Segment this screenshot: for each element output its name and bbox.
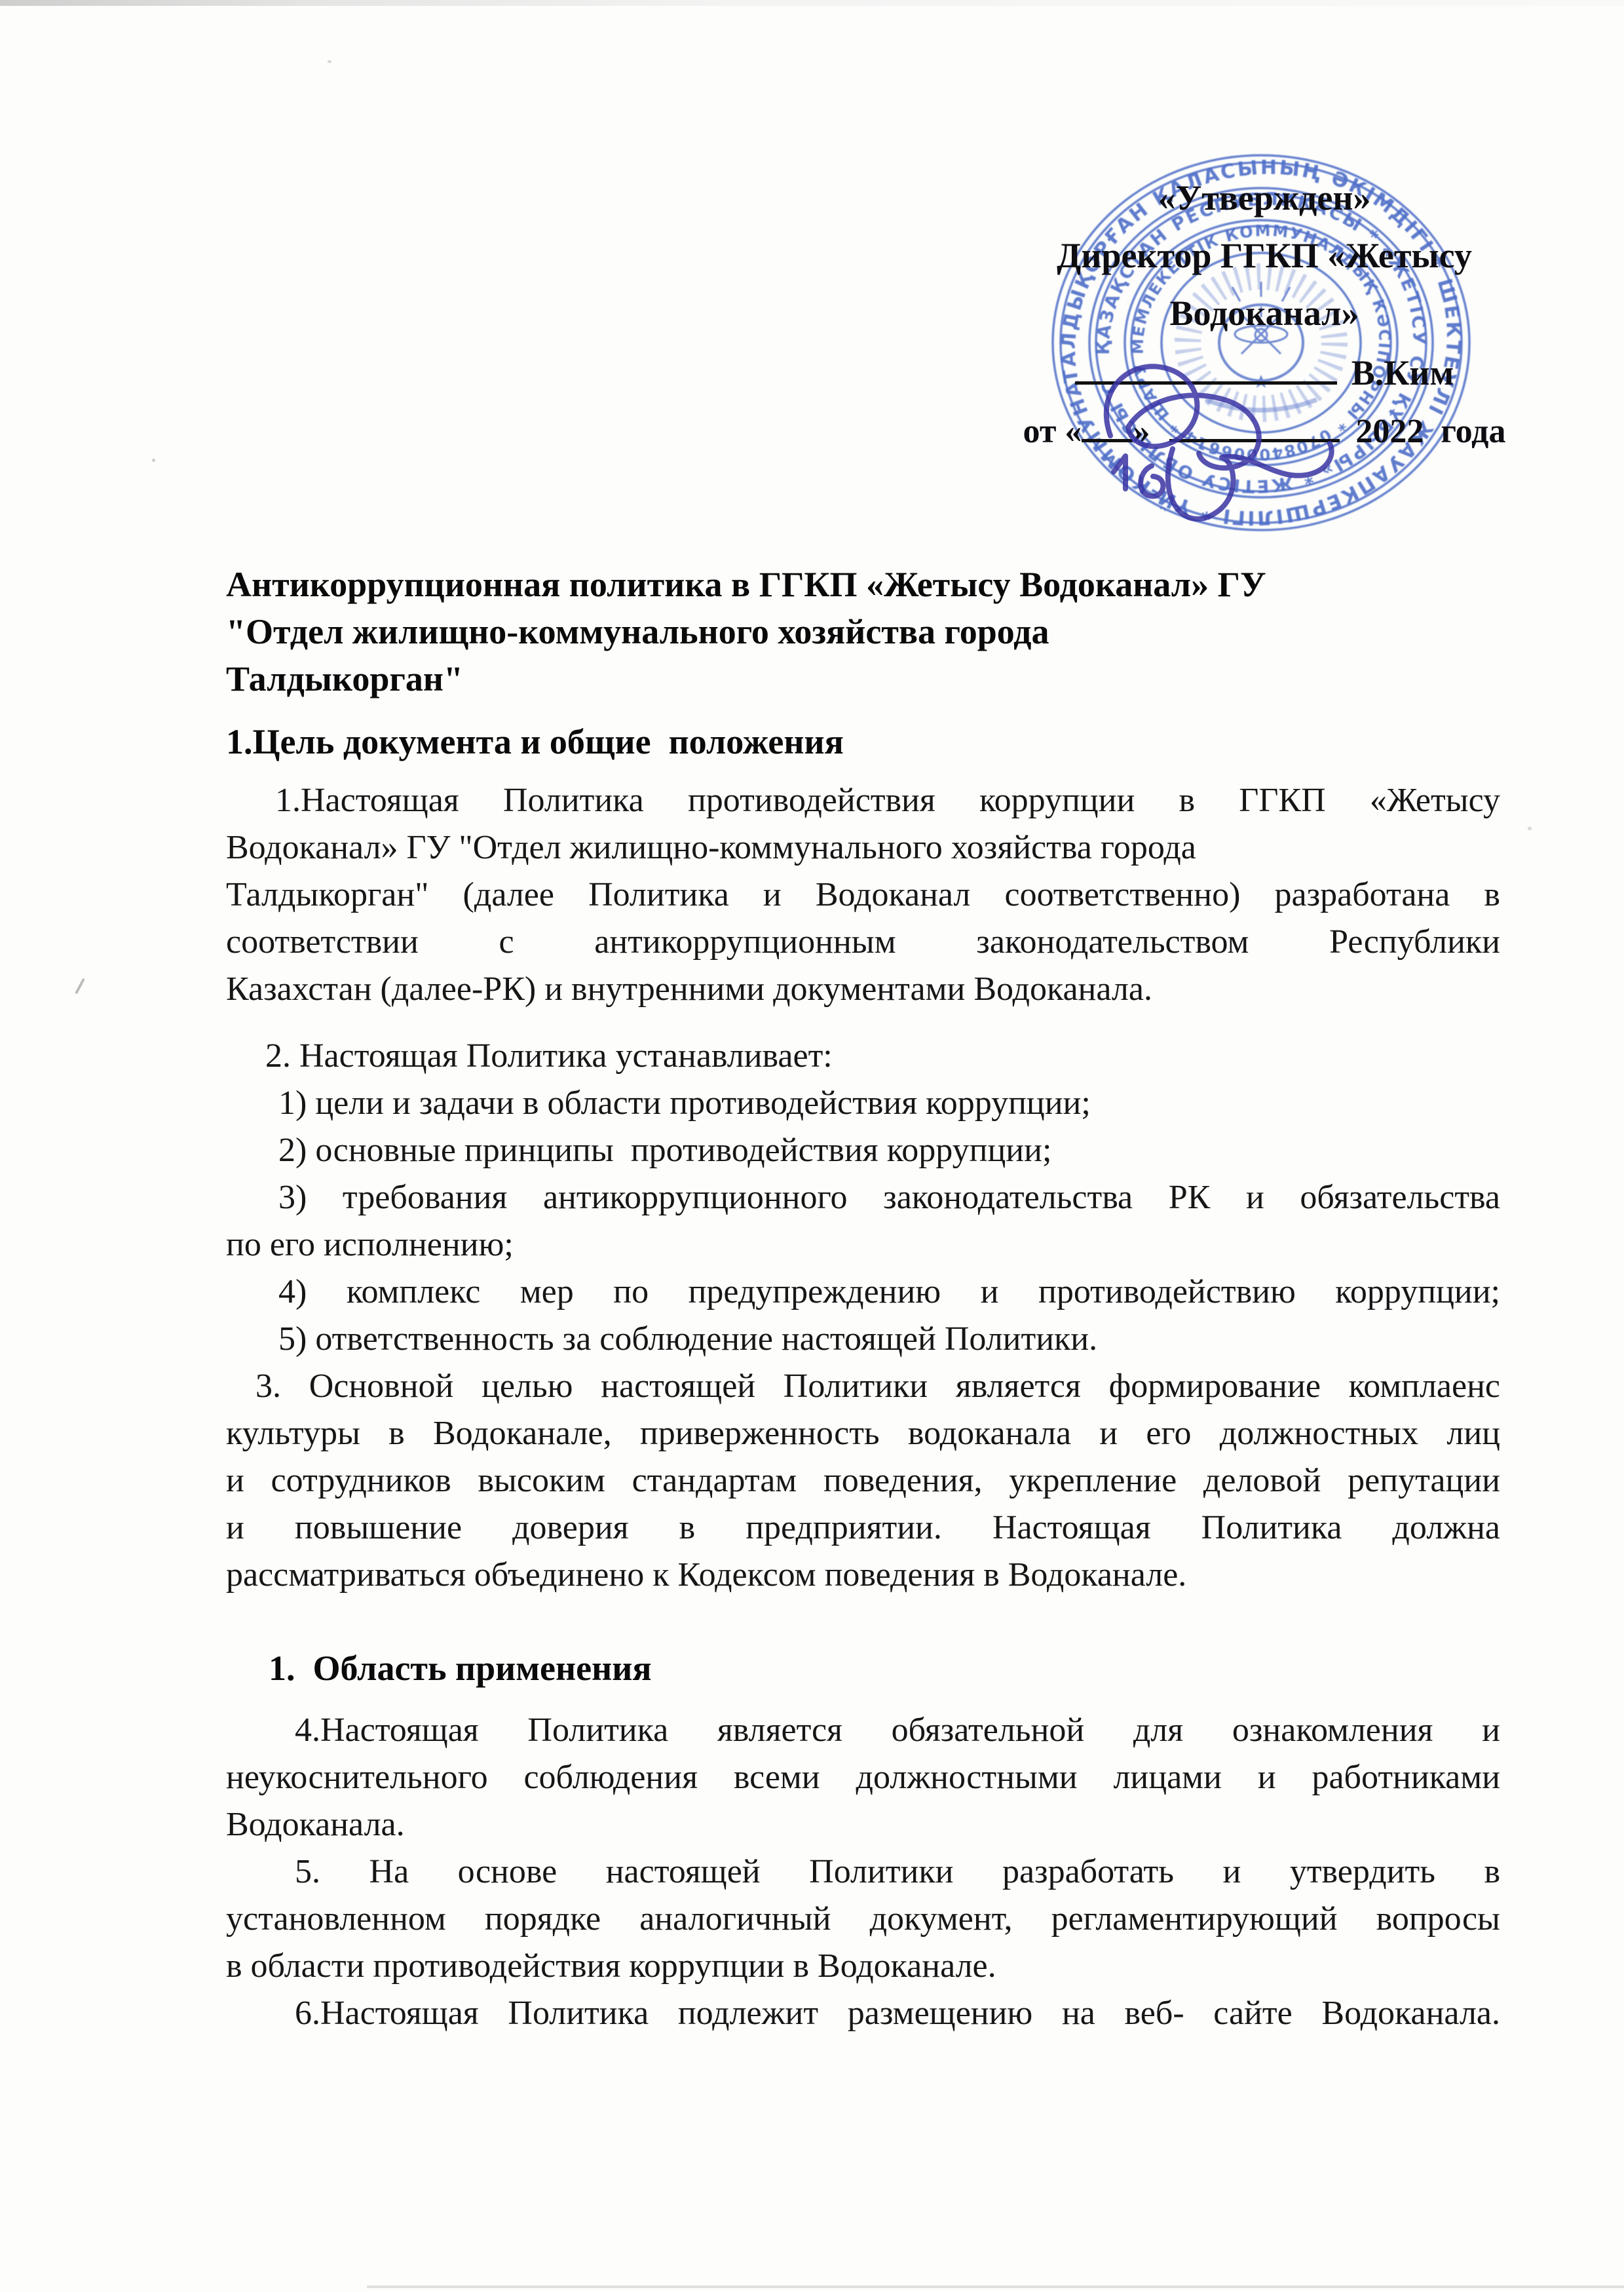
paragraph-line: 1.Настоящая Политика противодействия кор… <box>226 777 1500 824</box>
list-item: 5) ответственность за соблюдение настоящ… <box>226 1316 1500 1363</box>
paragraph-line: соответствии с антикоррупционным законод… <box>226 919 1500 966</box>
list-item: 1) цели и задачи в области противодейств… <box>226 1080 1500 1127</box>
section-heading-goal: 1.Цель документа и общие положения <box>226 718 1500 765</box>
document-body: Антикоррупционная политика в ГГКП «Жетыс… <box>226 561 1500 2037</box>
scan-top-edge-artifact <box>0 0 1624 6</box>
paragraph-line: и повышение доверия в предприятии. Насто… <box>226 1504 1500 1552</box>
approval-org-line: Водоканал» <box>1009 284 1520 342</box>
paragraph-line: Водоканала. <box>226 1801 1500 1848</box>
scan-speck <box>152 459 155 462</box>
document-page: ТАЛДЫҚОРҒАН ҚАЛАСЫНЫҢ ӘКІМДІГІ * ШЕКТЕУЛ… <box>0 0 1624 2292</box>
approval-director-line: Директор ГГКП «Жетысу <box>1009 227 1520 284</box>
paragraph-line: культуры в Водоканале, приверженность во… <box>226 1410 1500 1457</box>
paragraph-line: 6.Настоящая Политика подлежит размещению… <box>226 1990 1500 2037</box>
paragraph-line: и сотрудников высоким стандартам поведен… <box>226 1457 1500 1504</box>
paragraph-line: Водоканал» ГУ "Отдел жилищно-коммунально… <box>226 824 1500 871</box>
section-heading-scope: 1. Область применения <box>226 1645 1500 1692</box>
title-line: "Отдел жилищно-коммунального хозяйства г… <box>226 608 1500 655</box>
paragraph-line: 2. Настоящая Политика устанавливает: <box>226 1033 1500 1080</box>
scan-speck <box>328 60 331 63</box>
paragraph-line: 4.Настоящая Политика является обязательн… <box>226 1707 1500 1754</box>
list-item: 4) комплекс мер по предупреждению и прот… <box>226 1269 1500 1316</box>
list-item-continuation: по его исполнению; <box>226 1221 1500 1269</box>
title-line: Талдыкорган" <box>226 655 1500 702</box>
scan-speck <box>75 978 85 995</box>
handwritten-signature <box>1068 337 1435 554</box>
paragraph-line: установленном порядке аналогичный докуме… <box>226 1896 1500 1943</box>
scan-bottom-edge-artifact <box>367 2285 1624 2288</box>
paragraph-line: в области противодействия коррупции в Во… <box>226 1943 1500 1990</box>
paragraph-line: рассматриваться объединено к Кодексом по… <box>226 1552 1500 1599</box>
list-item: 2) основные принципы противодействия кор… <box>226 1127 1500 1174</box>
list-item: 3) требования антикоррупционного законод… <box>226 1174 1500 1221</box>
scan-speck <box>1528 827 1532 830</box>
paragraph-line: Казахстан (далее-РК) и внутренними докум… <box>226 966 1500 1013</box>
paragraph-line: 5. На основе настоящей Политики разработ… <box>226 1848 1500 1896</box>
paragraph-line: неукоснительного соблюдения всеми должно… <box>226 1754 1500 1801</box>
title-line: Антикоррупционная политика в ГГКП «Жетыс… <box>226 561 1500 608</box>
paragraph-line: Талдыкорган" (далее Политика и Водоканал… <box>226 871 1500 919</box>
paragraph-line: 3. Основной целью настоящей Политики явл… <box>226 1363 1500 1410</box>
approved-label: «Утвержден» <box>1009 169 1520 227</box>
